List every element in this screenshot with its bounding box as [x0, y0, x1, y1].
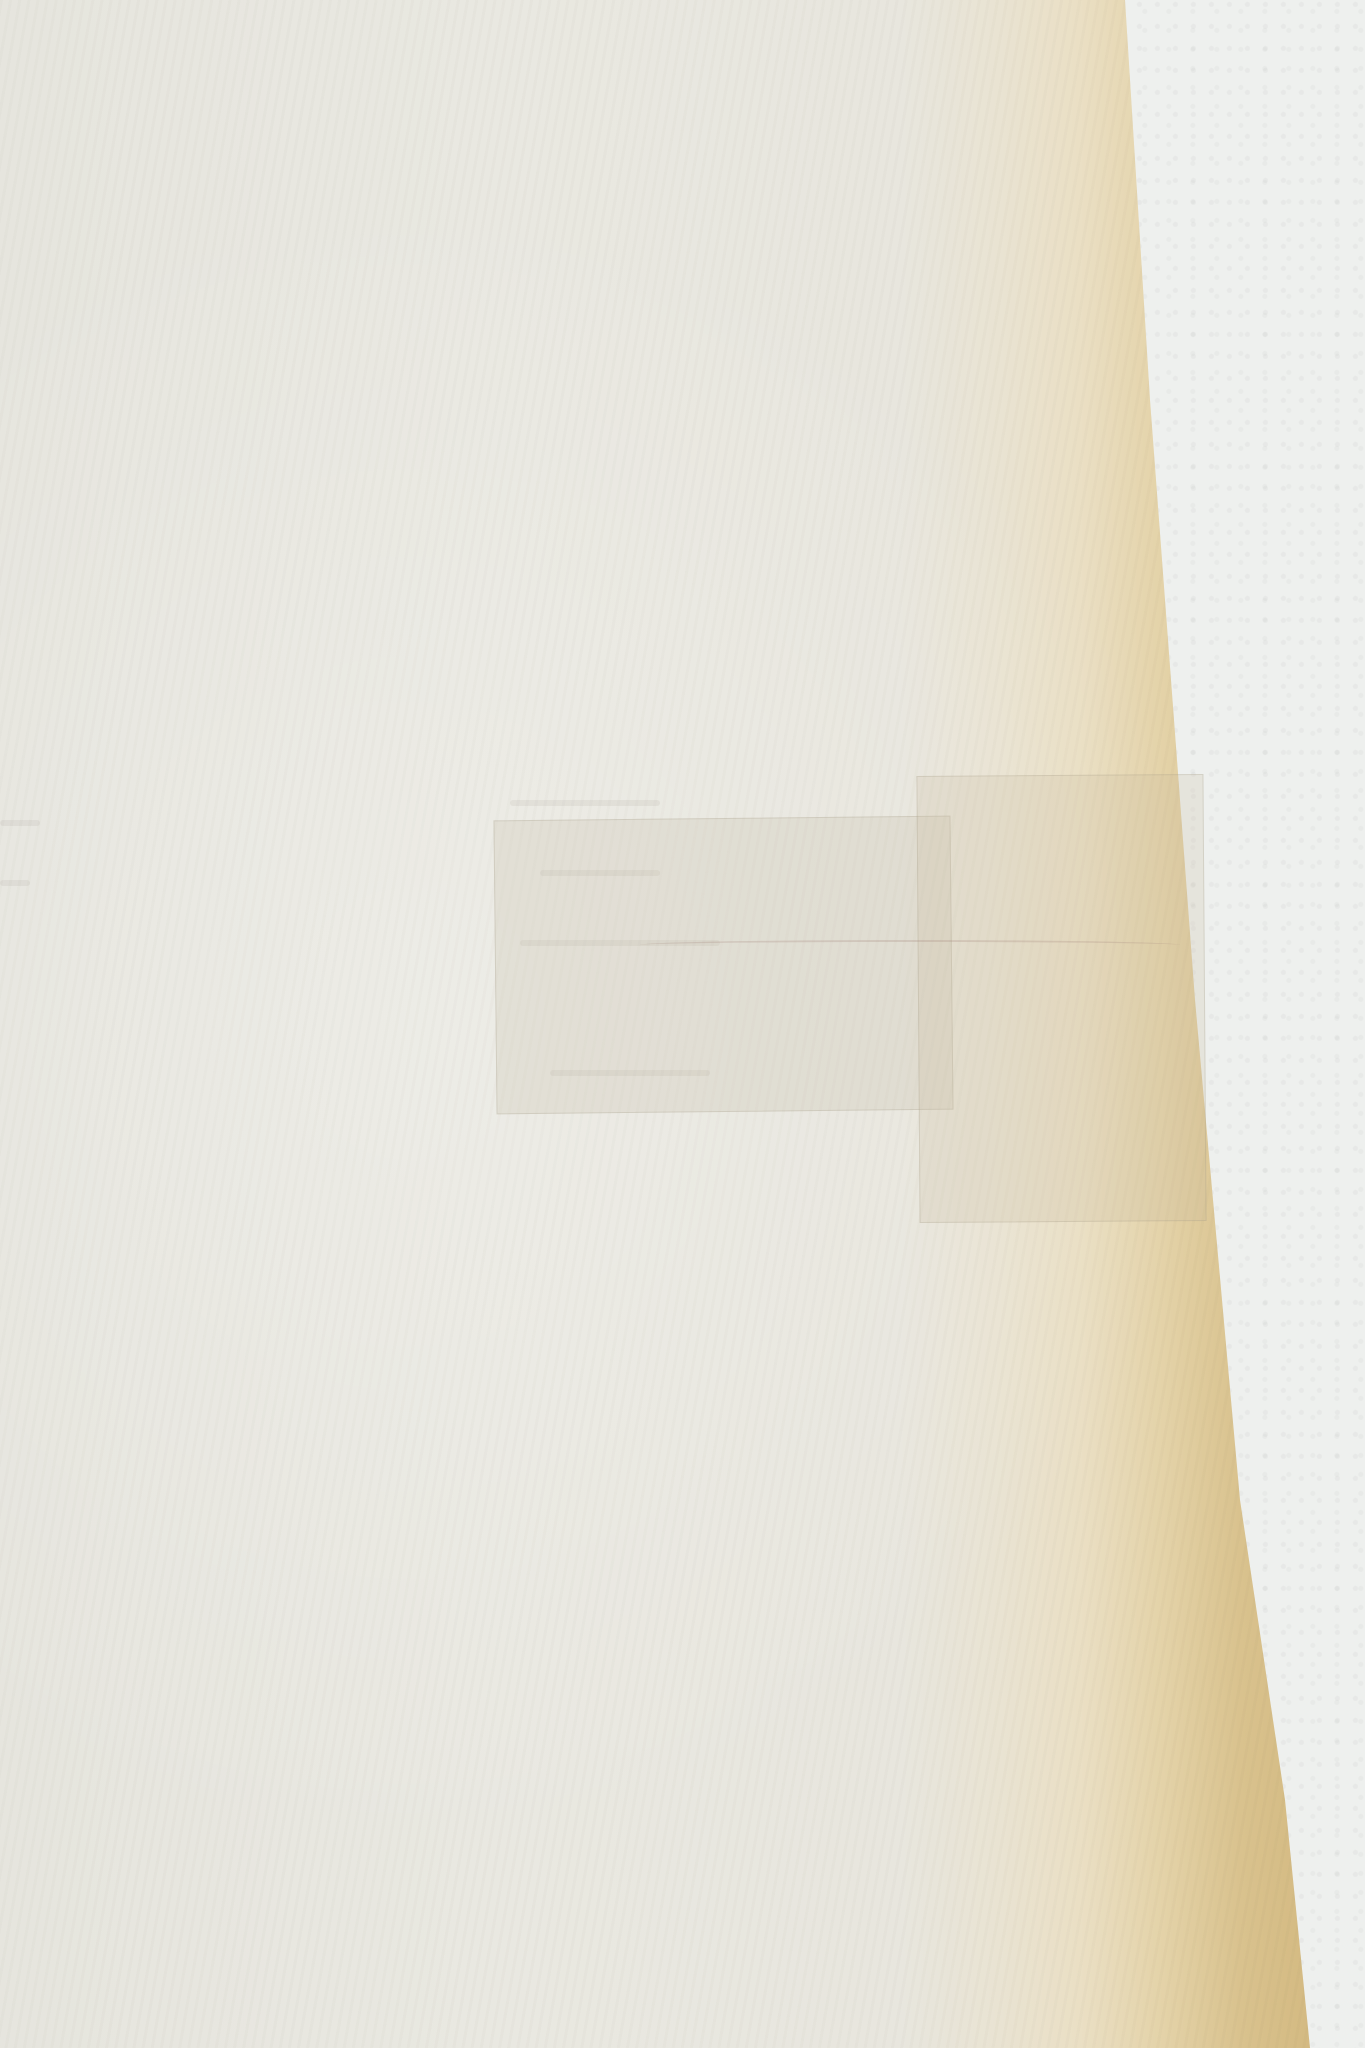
tape-piece-center [493, 816, 953, 1115]
show-through-mark [0, 820, 40, 826]
tape-piece-right [916, 774, 1206, 1223]
show-through-mark [0, 880, 30, 886]
stain-line [640, 940, 1180, 950]
show-through-mark [510, 800, 660, 806]
